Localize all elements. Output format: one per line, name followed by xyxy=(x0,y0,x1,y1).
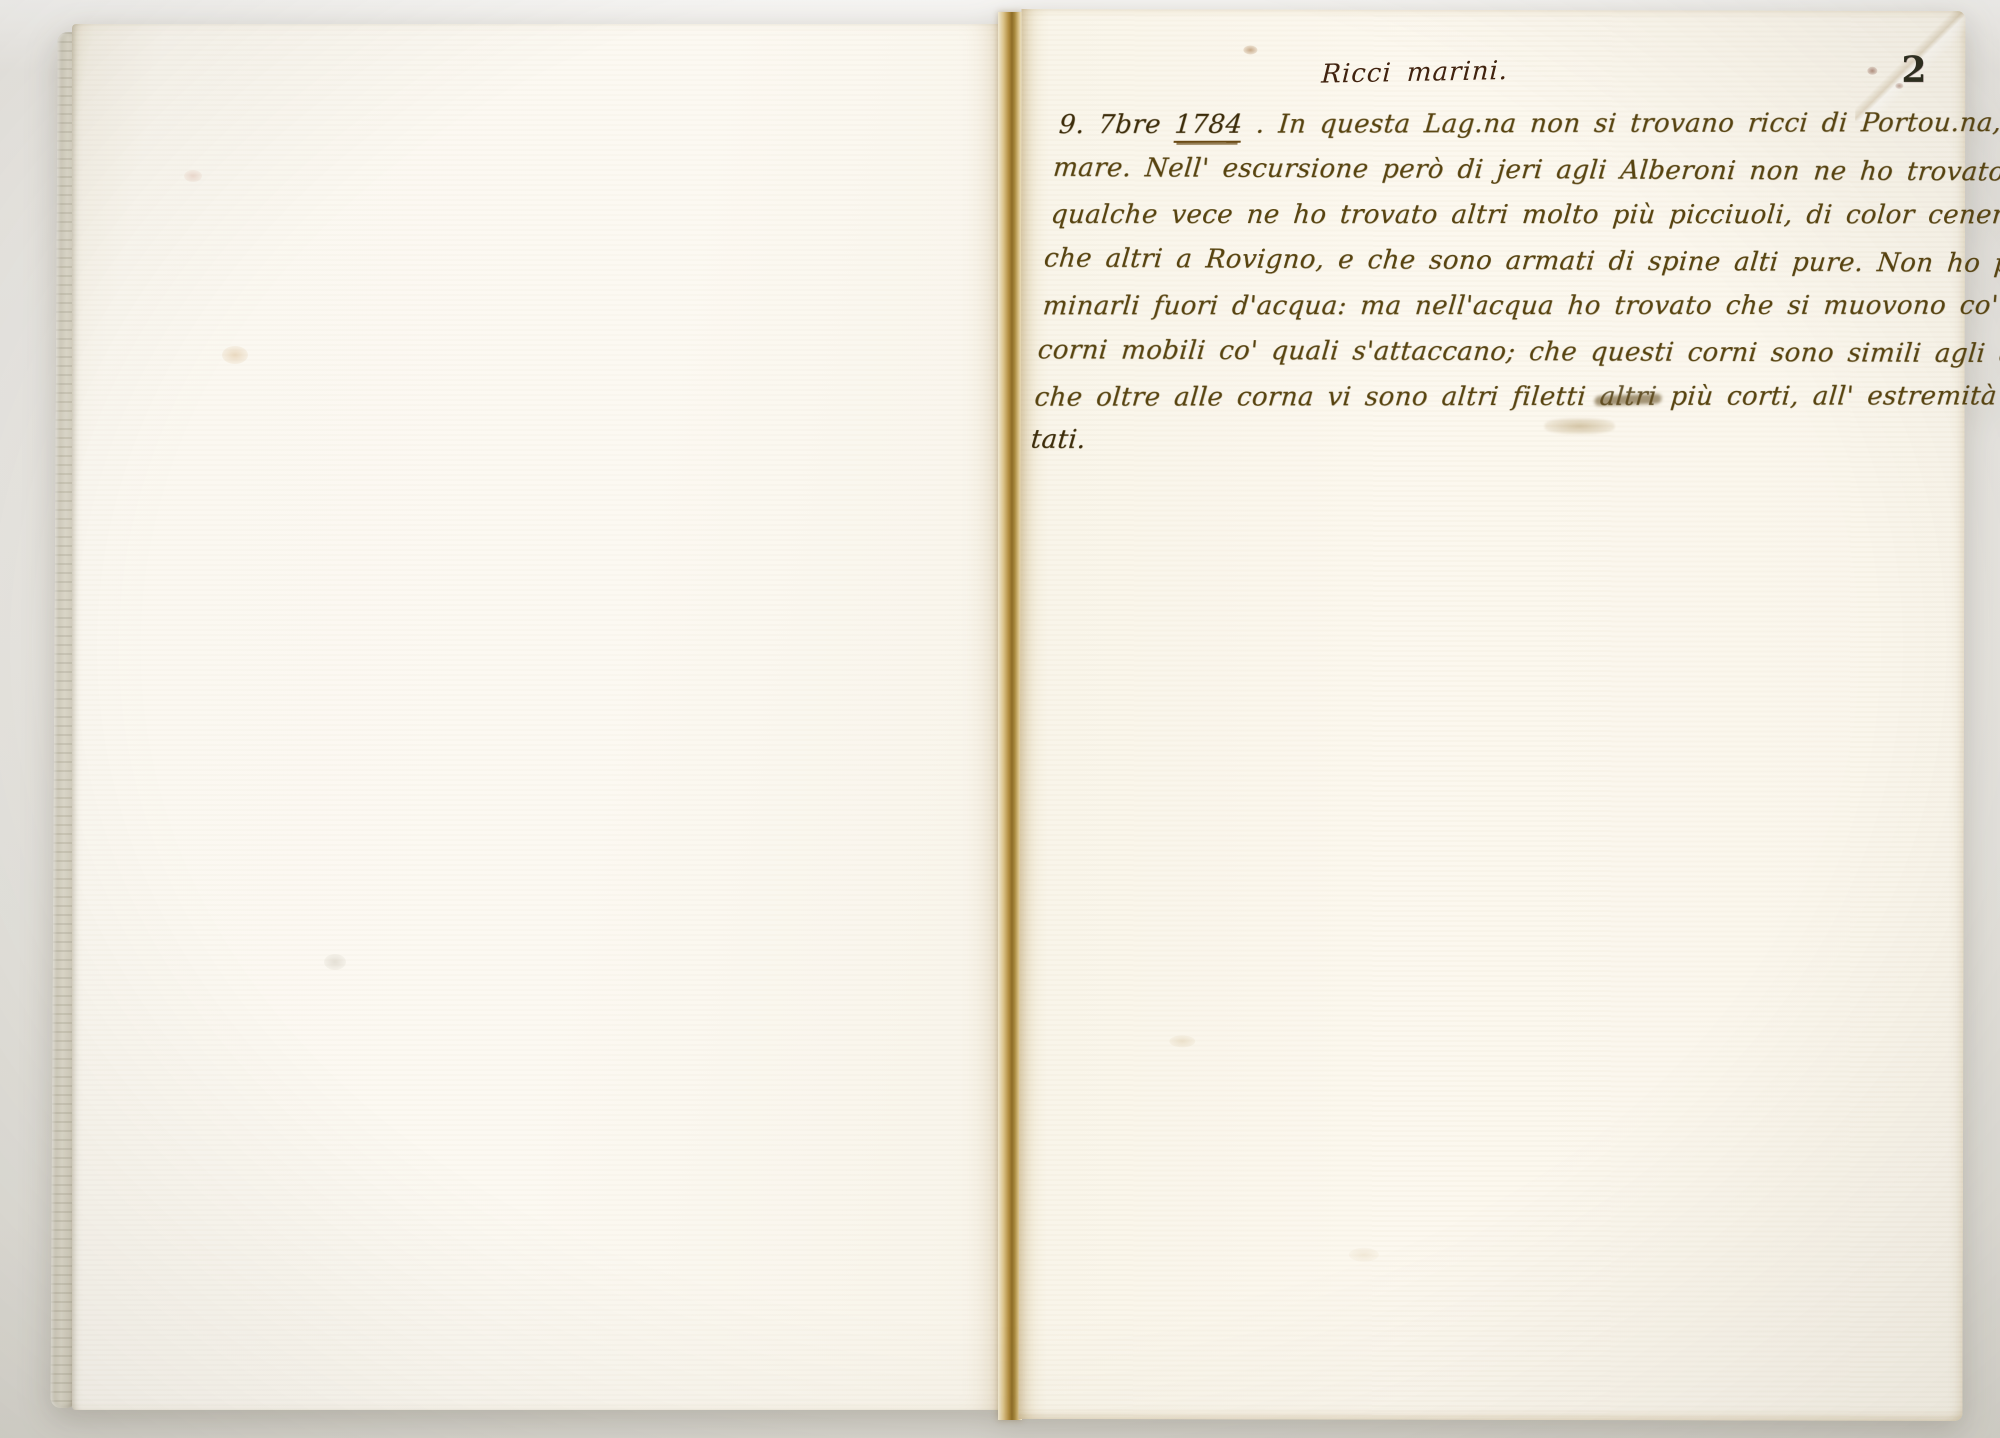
text-line-7: che oltre alle corna vi sono altri filet… xyxy=(1033,374,1949,421)
line-text: più corti, all' estremità inden- xyxy=(1655,381,2000,412)
page-number: 2 xyxy=(1901,49,1926,91)
text-line-8: tati. xyxy=(1029,417,1945,469)
line-text: mare. Nell' escursione però di jeri agli… xyxy=(1052,152,2000,187)
text-line-2: mare. Nell' escursione però di jeri agli… xyxy=(1051,145,1967,195)
date-text: 9. 7bre xyxy=(1058,110,1176,140)
line-text: . In questa Lag.na non si trovano ricci … xyxy=(1241,108,2000,140)
line-text: qualche vece ne ho trovato altri molto p… xyxy=(1050,200,2000,230)
line-text: minarli fuori d'acqua: ma nell'acqua ho … xyxy=(1042,291,2000,322)
underlined-year: 1784 xyxy=(1173,110,1244,143)
stain xyxy=(222,346,248,364)
line-text: tati. xyxy=(1030,424,1088,454)
right-page: Ricci marini. 2 9. 7bre 1784 . In questa… xyxy=(1019,9,1966,1421)
page-heading: Ricci marini. xyxy=(1321,56,1509,90)
text-line-3: qualche vece ne ho trovato altri molto p… xyxy=(1049,193,1965,239)
left-page-blank xyxy=(72,24,1000,1410)
text-line-5: minarli fuori d'acqua: ma nell'acqua ho … xyxy=(1041,284,1957,330)
manuscript-text: 9. 7bre 1784 . In questa Lag.na non si t… xyxy=(1029,101,1974,467)
stain xyxy=(1243,45,1257,54)
stain xyxy=(184,170,202,182)
struck-word: altri xyxy=(1598,382,1658,412)
stain xyxy=(1169,1035,1195,1047)
text-line-4: che altri a Rovigno, e che sono armati d… xyxy=(1042,236,1958,287)
line-text: che oltre alle corna vi sono altri filet… xyxy=(1033,382,1601,413)
line-text: che altri a Rovigno, e che sono armati d… xyxy=(1043,243,2000,279)
text-line-6: corni mobili co' quali s'attaccano; che … xyxy=(1036,328,1952,377)
open-book: Ricci marini. 2 9. 7bre 1784 . In questa… xyxy=(48,10,1964,1422)
text-line-1: 9. 7bre 1784 . In questa Lag.na non si t… xyxy=(1057,101,1973,149)
line-text: corni mobili co' quali s'attaccano; che … xyxy=(1037,335,2000,369)
stain xyxy=(1349,1248,1379,1262)
manuscript-photo: Ricci marini. 2 9. 7bre 1784 . In questa… xyxy=(0,0,2000,1438)
stain xyxy=(324,954,346,970)
